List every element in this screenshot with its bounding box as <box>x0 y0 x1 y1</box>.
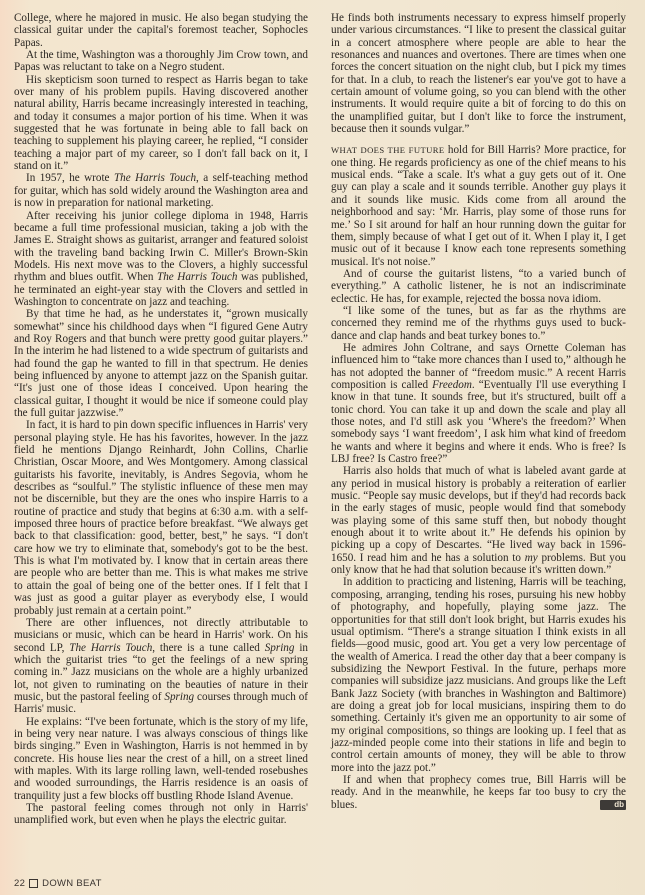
paragraph: In 1957, he wrote The Harris Touch, a se… <box>14 172 308 209</box>
left-column: College, where he majored in music. He a… <box>14 12 308 827</box>
book-title: The Harris Touch <box>114 172 196 184</box>
paragraph: In addition to practicing and listening,… <box>331 576 626 774</box>
paragraph: If and when that prophecy comes true, Bi… <box>331 774 626 811</box>
paragraph: College, where he majored in music. He a… <box>14 12 308 49</box>
paragraph: He explains: “I've been fortunate, which… <box>14 716 308 802</box>
paragraph: His skepticism soon turned to respect as… <box>14 74 308 173</box>
tune-title: Spring <box>164 691 194 703</box>
paragraph: At the time, Washington was a thoroughly… <box>14 49 308 74</box>
square-bullet-icon <box>29 879 38 888</box>
album-title: The Harris Touch <box>69 642 152 654</box>
paragraph: Harris also holds that much of what is l… <box>331 465 626 576</box>
magazine-page: College, where he majored in music. He a… <box>0 0 645 895</box>
paragraph: The pastoral feeling comes through not o… <box>14 802 308 827</box>
tune-title: Spring <box>265 642 295 654</box>
composition-title: Freedom <box>432 379 472 391</box>
paragraph: And of course the guitarist listens, “to… <box>331 268 626 305</box>
paragraph: He admires John Coltrane, and says Ornet… <box>331 342 626 465</box>
paragraph: He finds both instruments necessary to e… <box>331 12 626 135</box>
right-column: He finds both instruments necessary to e… <box>331 12 626 811</box>
section-lead-in: What does the future <box>331 145 444 155</box>
paragraph: In fact, it is hard to pin down specific… <box>14 419 308 617</box>
emphasis: my <box>525 552 538 564</box>
page-footer: 22 DOWN BEAT <box>14 878 102 889</box>
paragraph: After receiving his junior college diplo… <box>14 210 308 309</box>
paragraph: By that time he had, as he understates i… <box>14 308 308 419</box>
publication-name: DOWN BEAT <box>42 878 102 889</box>
paragraph: “I like some of the tunes, but as far as… <box>331 305 626 342</box>
page-number: 22 <box>14 878 25 889</box>
paragraph: There are other influences, not directly… <box>14 617 308 716</box>
book-title: The Harris Touch <box>157 271 237 283</box>
end-mark-db-icon: db <box>600 800 626 810</box>
section-paragraph: What does the future hold for Bill Harri… <box>331 144 626 267</box>
